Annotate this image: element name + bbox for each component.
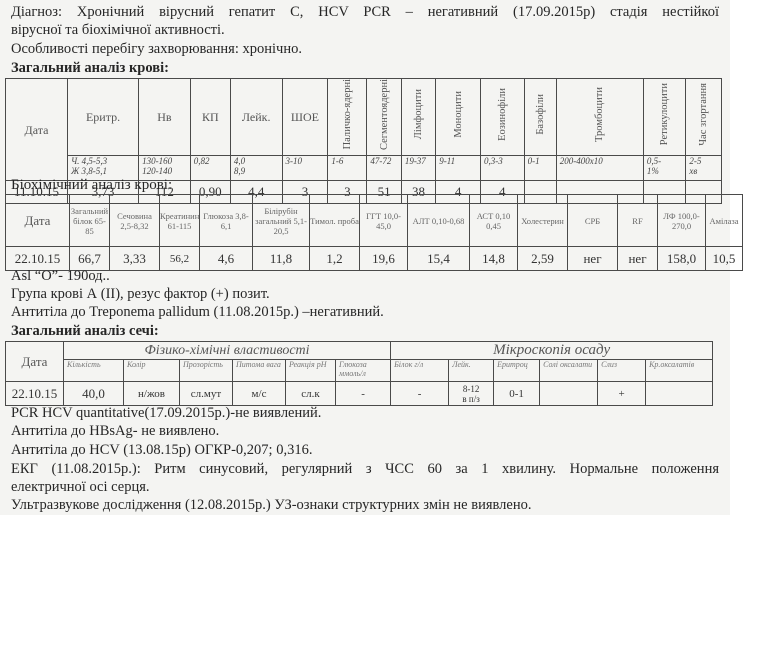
- urine-microscopy-group: Мікроскопія осаду: [391, 342, 713, 360]
- urine-value: 0-1: [494, 382, 540, 406]
- ultrasound-note: Ультразвукове дослідження (12.08.2015р.)…: [11, 496, 531, 514]
- treponema-note: Антитіла до Treponema pallidum (11.08.20…: [11, 303, 384, 321]
- hbsag-note: Антитіла до HBsAg- не виявлено.: [11, 422, 219, 440]
- biochem-header: RF: [618, 195, 658, 247]
- biochem-value: 11,8: [253, 247, 310, 271]
- biochem-title: Біохімічний аналіз крові:: [11, 176, 172, 194]
- urine-header: Слиз: [598, 360, 646, 382]
- cbc-header: ШОЕ: [282, 79, 328, 156]
- urine-value: +: [598, 382, 646, 406]
- disease-course: Особливості перебігу захворювання: хроні…: [11, 40, 302, 58]
- biochem-value: нег: [618, 247, 658, 271]
- cbc-norm: 19-37: [401, 156, 435, 181]
- cbc-norm: 1-6: [328, 156, 367, 181]
- biochem-header: ЛФ 100,0-270,0: [658, 195, 706, 247]
- urine-header: Солі оксалати: [540, 360, 598, 382]
- biochem-value: 14,8: [470, 247, 518, 271]
- cbc-norm: 0,3-3: [480, 156, 524, 181]
- cbc-norm: 9-11: [436, 156, 481, 181]
- urine-value: [646, 382, 713, 406]
- cbc-header: Сегментоядерні: [379, 79, 390, 150]
- urine-header: Кількість: [64, 360, 124, 382]
- scanned-document-page: Діагноз: Хронічний вірусний гепатит С, H…: [0, 0, 730, 515]
- cbc-header: Тромбоцити: [594, 87, 605, 142]
- urine-physchem-group: Фізико-хімічні властивості: [64, 342, 391, 360]
- blood-group-note: Група крові А (ІІ), резус фактор (+) поз…: [11, 285, 270, 303]
- biochem-value: 3,33: [110, 247, 160, 271]
- cbc-header: Еозинофіли: [497, 88, 508, 141]
- cbc-header: Паличко-ядерні: [342, 79, 353, 149]
- urine-header: Прозорість: [180, 360, 233, 382]
- urine-value: -: [336, 382, 391, 406]
- diagnosis-line-1: Діагноз: Хронічний вірусний гепатит С, H…: [11, 3, 719, 21]
- urine-value: м/с: [233, 382, 286, 406]
- pcr-hcv-note: PCR HCV quantitative(17.09.2015р.)-не ви…: [11, 404, 321, 422]
- urine-value: сл.к: [286, 382, 336, 406]
- urine-title: Загальний аналіз сечі:: [11, 322, 159, 340]
- urine-table: Дата Фізико-хімічні властивості Мікроско…: [5, 341, 713, 406]
- biochem-value: 158,0: [658, 247, 706, 271]
- biochem-header: Тимол. проба: [310, 195, 360, 247]
- cbc-header: Моноцити: [453, 91, 464, 138]
- urine-value: 8-12 в п/з: [449, 382, 494, 406]
- cbc-header: Лімфоцити: [413, 89, 424, 139]
- urine-value: сл.мут: [180, 382, 233, 406]
- anti-hcv-note: Антитіла до HCV (13.08.15р) ОГКР-0,207; …: [11, 441, 312, 459]
- biochem-value: 19,6: [360, 247, 408, 271]
- urine-value: 40,0: [64, 382, 124, 406]
- urine-header: Еритроц: [494, 360, 540, 382]
- cbc-header: КП: [190, 79, 230, 156]
- biochem-value: 1,2: [310, 247, 360, 271]
- biochem-header: Амілаза: [706, 195, 743, 247]
- urine-header: Колір: [124, 360, 180, 382]
- biochem-value: 10,5: [706, 247, 743, 271]
- biochem-header: АЛТ 0,10-0,68: [408, 195, 470, 247]
- biochem-header: СРБ: [568, 195, 618, 247]
- cbc-norm: 2-5 хв: [686, 156, 722, 181]
- urine-header: Кр.оксалатів: [646, 360, 713, 382]
- ecg-note-line-2: електричної осі серця.: [11, 478, 150, 496]
- cbc-norm: 0,82: [190, 156, 230, 181]
- biochem-header: Креатинин 61-115: [160, 195, 200, 247]
- cbc-header: Еритр.: [67, 79, 138, 156]
- biochem-header: Загальний білок 65-85: [70, 195, 110, 247]
- urine-header: Білок г/л: [391, 360, 449, 382]
- urine-date: 22.10.15: [6, 382, 64, 406]
- urine-header: Лейк.: [449, 360, 494, 382]
- biochem-table: Дата Загальний білок 65-85 Сечовина 2,5-…: [5, 194, 743, 271]
- cbc-norm: 3-10: [282, 156, 328, 181]
- urine-header: Реакція pH: [286, 360, 336, 382]
- cbc-header: Ретикулоцити: [659, 83, 670, 145]
- biochem-header: АСТ 0,10 0,45: [470, 195, 518, 247]
- diagnosis-line-2: вірусної та біохімічної активності.: [11, 21, 225, 39]
- biochem-header: Сечовина 2,5-8,32: [110, 195, 160, 247]
- cbc-date-header: Дата: [6, 79, 68, 181]
- biochem-value: 15,4: [408, 247, 470, 271]
- cbc-header: Нв: [139, 79, 191, 156]
- cbc-norm: 4,0 8,9: [230, 156, 282, 181]
- cbc-header: Базофіли: [535, 94, 546, 135]
- biochem-value: 4,6: [200, 247, 253, 271]
- cbc-header: Лейк.: [230, 79, 282, 156]
- cbc-norm: 0,5- 1%: [643, 156, 685, 181]
- cbc-norm: 200-400х10: [556, 156, 643, 181]
- urine-value: [540, 382, 598, 406]
- biochem-header: Білірубін загальний 5,1-20,5: [253, 195, 310, 247]
- ecg-note-line-1: ЕКГ (11.08.2015р.): Ритм синусовий, регу…: [11, 460, 719, 478]
- urine-header: Питома вага: [233, 360, 286, 382]
- biochem-header: Холестерин: [518, 195, 568, 247]
- urine-value: -: [391, 382, 449, 406]
- cbc-norm: 47-72: [367, 156, 401, 181]
- biochem-value: 56,2: [160, 247, 200, 271]
- biochem-header: Глюкоза 3,8-6,1: [200, 195, 253, 247]
- urine-header: Глюкоза ммоль/л: [336, 360, 391, 382]
- biochem-date-header: Дата: [6, 195, 70, 247]
- biochem-value: 2,59: [518, 247, 568, 271]
- urine-date-header: Дата: [6, 342, 64, 382]
- biochem-header: ГГТ 10,0-45,0: [360, 195, 408, 247]
- cbc-title: Загальний аналіз крові:: [11, 59, 169, 77]
- cbc-header: Час згортання: [698, 83, 709, 146]
- biochem-value: нег: [568, 247, 618, 271]
- cbc-norm: 0-1: [524, 156, 556, 181]
- urine-value: н/жов: [124, 382, 180, 406]
- asl-o-note: Asl “O”- 190од..: [11, 267, 110, 285]
